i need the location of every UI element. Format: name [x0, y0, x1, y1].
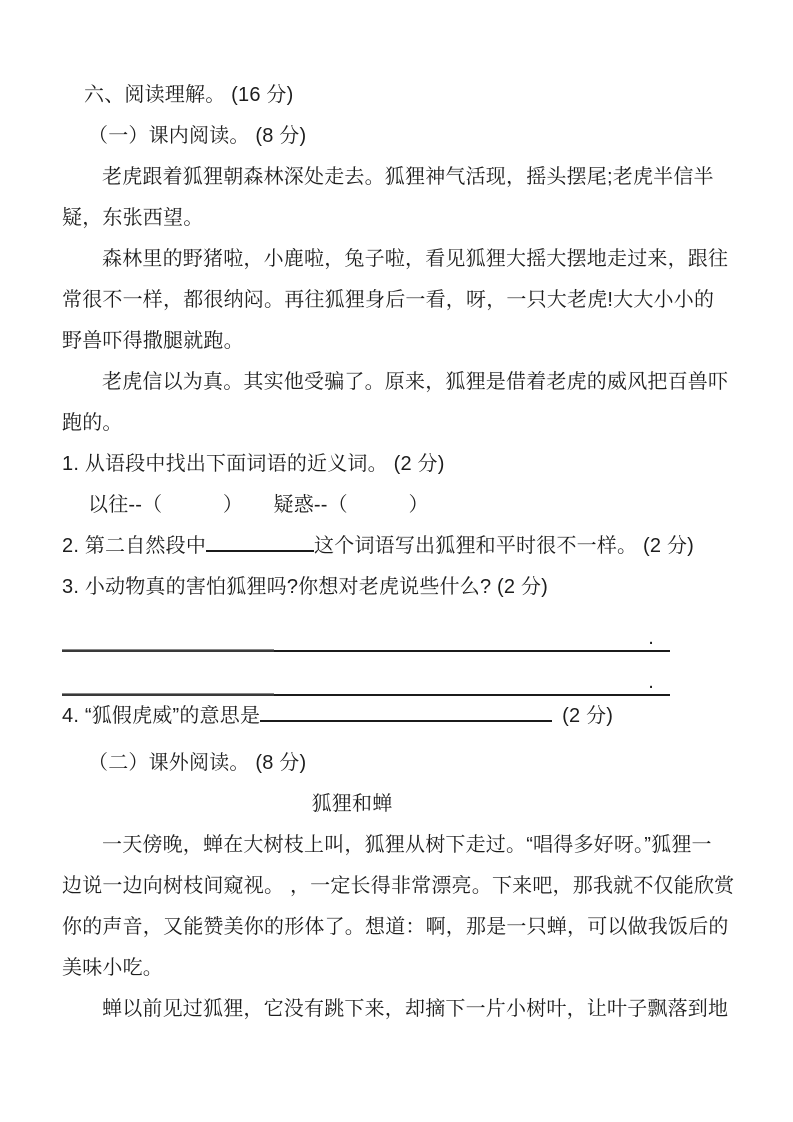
question-2-fill-blank [206, 530, 314, 552]
exam-page: 六、阅读理解。 (16 分) （一）课内阅读。 (8 分) 老虎跟着狐狸朝森林深… [0, 0, 793, 1122]
question-4-points: (2 分) [562, 705, 613, 727]
passage-paragraph-5: 蝉以前见过狐狸，它没有跳下来，却摘下一片小树叶，让叶子飘落到地 [62, 989, 738, 1030]
question-2: 2. 第二自然段中这个词语写出狐狸和平时很不一样。 (2 分) [62, 526, 738, 567]
scan-artifact [62, 693, 274, 696]
passage-title: 狐狸和蝉 [62, 784, 738, 825]
section-six-heading: 六、阅读理解。 (16 分) [62, 75, 738, 116]
question-2-prefix: 2. 第二自然段中 [62, 535, 206, 557]
question-4: 4. “狐假虎威”的意思是(2 分) [62, 696, 738, 737]
question-4-fill-blank [260, 700, 552, 722]
answer-line-end-period: . [648, 672, 654, 692]
question-1-synonym-blanks: 以往--（ ） 疑惑--（ ） [62, 485, 738, 526]
question-1-text: 1. 从语段中找出下面词语的近义词。 (2 分) [62, 444, 738, 485]
question-3-text: 3. 小动物真的害怕狐狸吗?你想对老虎说些什么? (2 分) [62, 567, 738, 608]
passage-paragraph-2: 森林里的野猪啦，小鹿啦，兔子啦，看见狐狸大摇大摆地走过来，跟往常很不一样，都很纳… [62, 239, 738, 362]
part-two-heading: （二）课外阅读。 (8 分) [62, 743, 738, 784]
answer-line-1: . [62, 608, 670, 652]
part-one-heading: （一）课内阅读。 (8 分) [62, 116, 738, 157]
answer-line-2: . [62, 652, 670, 696]
passage-paragraph-4: 一天傍晚，蝉在大树枝上叫，狐狸从树下走过。“唱得多好呀。”狐狸一边说一边向树枝间… [62, 825, 738, 989]
exam-content: 六、阅读理解。 (16 分) （一）课内阅读。 (8 分) 老虎跟着狐狸朝森林深… [62, 75, 738, 1030]
question-4-prefix: 4. “狐假虎威”的意思是 [62, 705, 260, 727]
passage-paragraph-3: 老虎信以为真。其实他受骗了。原来，狐狸是借着老虎的威风把百兽吓跑的。 [62, 362, 738, 444]
passage-paragraph-1: 老虎跟着狐狸朝森林深处走去。狐狸神气活现，摇头摆尾;老虎半信半疑，东张西望。 [62, 157, 738, 239]
answer-line-end-period: . [648, 628, 654, 648]
question-2-suffix: 这个词语写出狐狸和平时很不一样。 (2 分) [314, 535, 694, 557]
